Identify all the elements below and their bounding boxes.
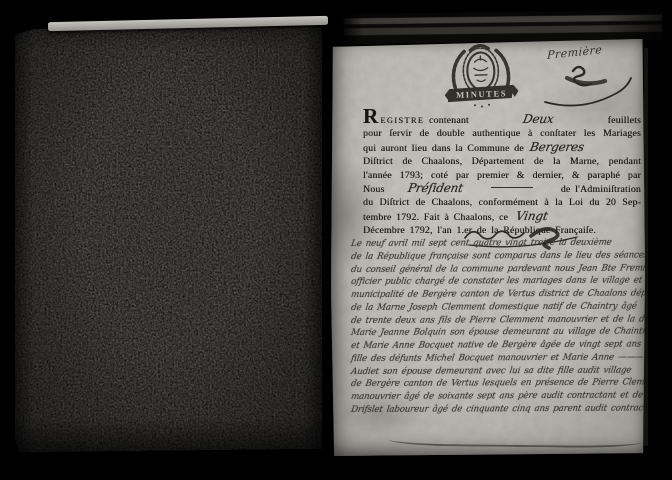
- handwritten-entry: Le neuf avril mil sept cent quatre vingt…: [351, 238, 647, 417]
- printed-line-1: REGISTRE contenant Deux feuillets: [363, 113, 641, 127]
- printed-heading: REGISTRE contenant Deux feuillets pour ſ…: [363, 113, 641, 238]
- fill-rule: [491, 187, 533, 188]
- stamp-banner-text: MINUTES: [456, 88, 507, 100]
- page-stack-edge: [344, 10, 662, 44]
- handwritten-line: manouvrier âgé de soixante sept ans père…: [350, 389, 639, 403]
- printed-line-6: Nous Préſident de l'Adminiſtration: [363, 182, 641, 196]
- handwritten-line: municipalité de Bergère canton de Vertus…: [350, 287, 639, 301]
- paraph-swoosh-icon: [539, 60, 637, 108]
- fill-feuillet-count: Deux: [522, 113, 555, 126]
- scanned-register-image: MINUTES Première REGISTRE contenant Deux…: [0, 0, 672, 480]
- book-cover: [15, 24, 322, 452]
- fill-officer-title: Préſident: [407, 182, 464, 195]
- handwritten-line: et Marie Anne Bocquet native de Bergère …: [350, 338, 639, 352]
- cover-vignette: [15, 24, 322, 452]
- handwritten-line: fille des défunts Michel Bocquet manouvr…: [350, 351, 639, 365]
- handwritten-line: Drifslet laboureur âgé de cinquante cinq…: [350, 402, 639, 416]
- printed-line-4: Diſtrict de Chaalons, Département de la …: [363, 155, 641, 168]
- printed-line-3: qui auront lieu dans la Commune de Berge…: [363, 141, 641, 155]
- printed-line-7: du Diſtrict de Chaalons, conformément à …: [363, 196, 641, 209]
- handwritten-line: de la Marne Joseph Clemment domestique n…: [350, 300, 639, 314]
- printed-line-2: pour ſervir de double authentique à conſ…: [363, 127, 641, 140]
- minutes-seal-icon: MINUTES: [443, 41, 519, 112]
- handwritten-line: Le neuf avril mil sept cent quatre vingt…: [350, 236, 639, 250]
- handwritten-line: de la République française sont comparus…: [350, 249, 639, 263]
- fill-commune-name: Bergeres: [529, 141, 585, 154]
- printed-line-5: l'année 1793; coté par premier & dernier…: [363, 169, 641, 182]
- page-bottom-curl-shadow: [389, 434, 641, 449]
- registre-word: REGISTRE contenant: [363, 114, 469, 127]
- register-page: MINUTES Première REGISTRE contenant Deux…: [331, 39, 645, 456]
